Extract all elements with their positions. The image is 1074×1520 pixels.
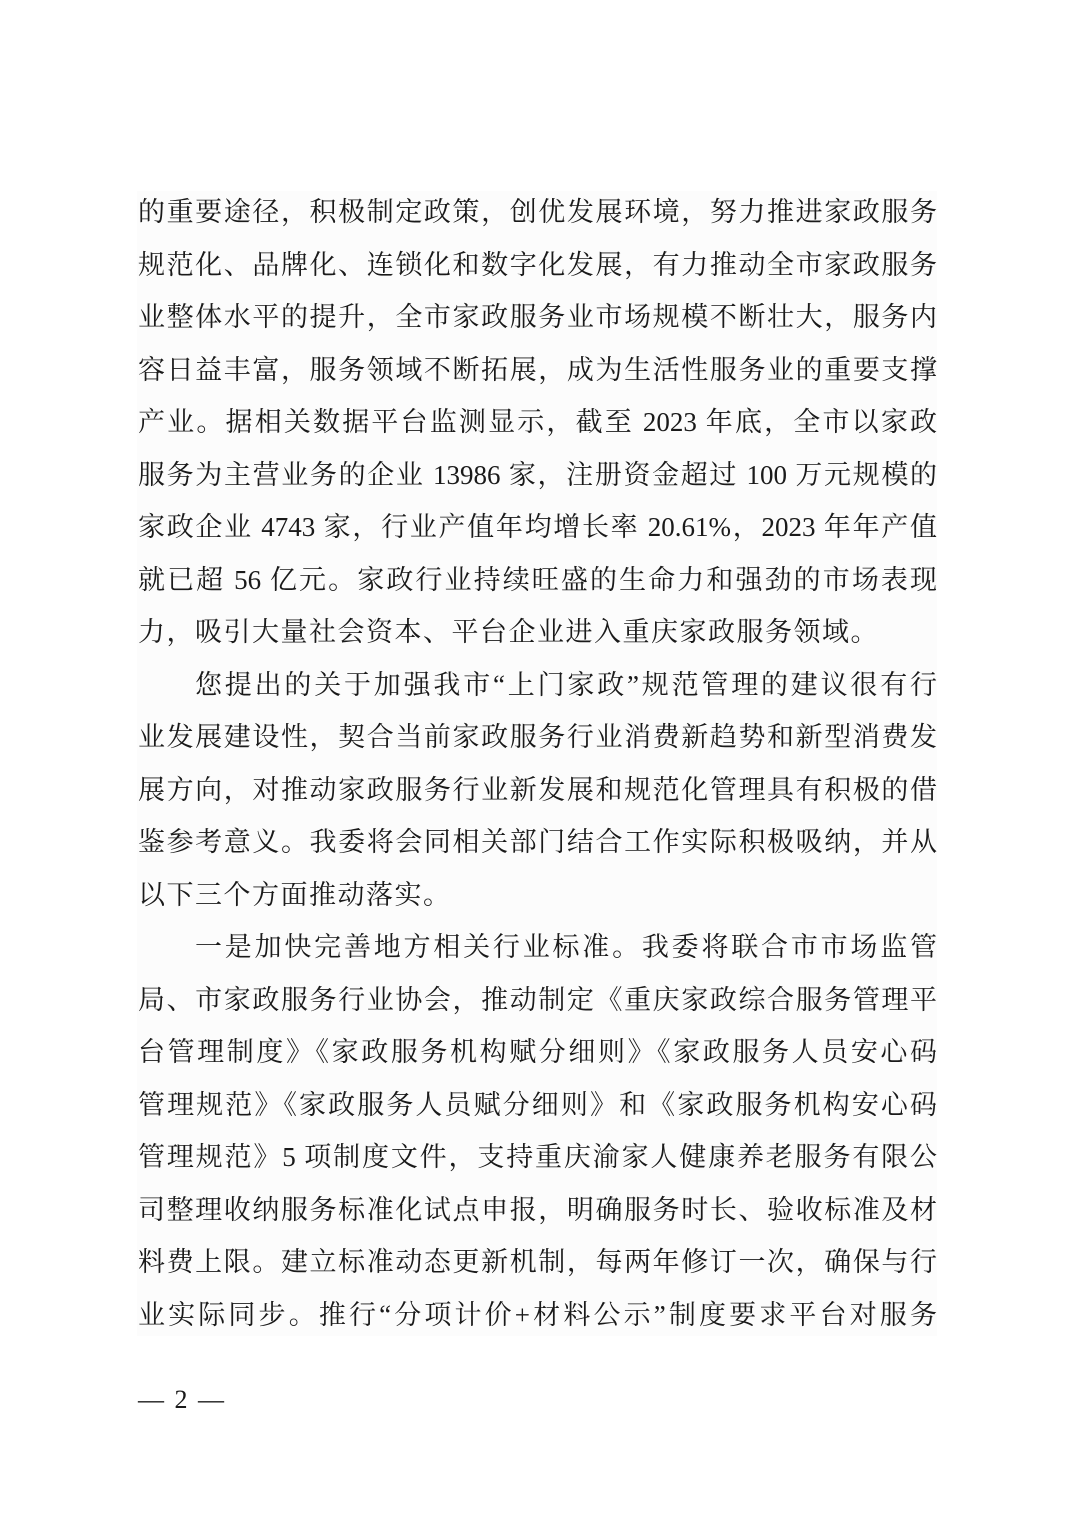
paragraph-3-line-5: 管理规范》5 项制度文件，支持重庆渝家人健康养老服务有限公 bbox=[138, 1131, 937, 1184]
paragraph-2-line-1: 您提出的关于加强我市“上门家政”规范管理的建议很有行 bbox=[138, 659, 937, 712]
paragraph-1-line-6: 服务为主营业务的企业 13986 家，注册资金超过 100 万元规模的 bbox=[138, 449, 937, 502]
paragraph-1-line-2: 规范化、品牌化、连锁化和数字化发展，有力推动全市家政服务 bbox=[138, 239, 937, 292]
document-body: 的重要途径，积极制定政策，创优发展环境，努力推进家政服务规范化、品牌化、连锁化和… bbox=[138, 186, 937, 1341]
paragraph-1-line-1: 的重要途径，积极制定政策，创优发展环境，努力推进家政服务 bbox=[138, 186, 937, 239]
paragraph-3-line-3: 台管理制度》《家政服务机构赋分细则》《家政服务人员安心码 bbox=[138, 1026, 937, 1079]
paragraph-1-line-4: 容日益丰富，服务领域不断拓展，成为生活性服务业的重要支撑 bbox=[138, 344, 937, 397]
paragraph-1-line-7: 家政企业 4743 家，行业产值年均增长率 20.61%，2023 年年产值 bbox=[138, 501, 937, 554]
paragraph-2-line-5: 以下三个方面推动落实。 bbox=[138, 869, 937, 922]
paragraph-3-line-2: 局、市家政服务行业协会，推动制定《重庆家政综合服务管理平 bbox=[138, 974, 937, 1027]
paragraph-3-line-7: 料费上限。建立标准动态更新机制，每两年修订一次，确保与行 bbox=[138, 1236, 937, 1289]
paragraph-2-line-4: 鉴参考意义。我委将会同相关部门结合工作实际积极吸纳，并从 bbox=[138, 816, 937, 869]
paragraph-3-line-8: 业实际同步。推行“分项计价+材料公示”制度要求平台对服务 bbox=[138, 1289, 937, 1342]
paragraph-1-line-8: 就已超 56 亿元。家政行业持续旺盛的生命力和强劲的市场表现 bbox=[138, 554, 937, 607]
paragraph-3-line-6: 司整理收纳服务标准化试点申报，明确服务时长、验收标准及材 bbox=[138, 1184, 937, 1237]
paragraph-1-line-5: 产业。据相关数据平台监测显示，截至 2023 年底，全市以家政 bbox=[138, 396, 937, 449]
paragraph-2-line-3: 展方向，对推动家政服务行业新发展和规范化管理具有积极的借 bbox=[138, 764, 937, 817]
paragraph-3-line-4: 管理规范》《家政服务人员赋分细则》和《家政服务机构安心码 bbox=[138, 1079, 937, 1132]
page-number: — 2 — bbox=[138, 1384, 226, 1416]
document-page: 的重要途径，积极制定政策，创优发展环境，努力推进家政服务规范化、品牌化、连锁化和… bbox=[0, 0, 1074, 1520]
paragraph-2-line-2: 业发展建设性，契合当前家政服务行业消费新趋势和新型消费发 bbox=[138, 711, 937, 764]
paragraph-1-line-9: 力，吸引大量社会资本、平台企业进入重庆家政服务领域。 bbox=[138, 606, 937, 659]
paragraph-1-line-3: 业整体水平的提升，全市家政服务业市场规模不断壮大，服务内 bbox=[138, 291, 937, 344]
paragraph-3-line-1: 一是加快完善地方相关行业标准。我委将联合市市场监管 bbox=[138, 921, 937, 974]
